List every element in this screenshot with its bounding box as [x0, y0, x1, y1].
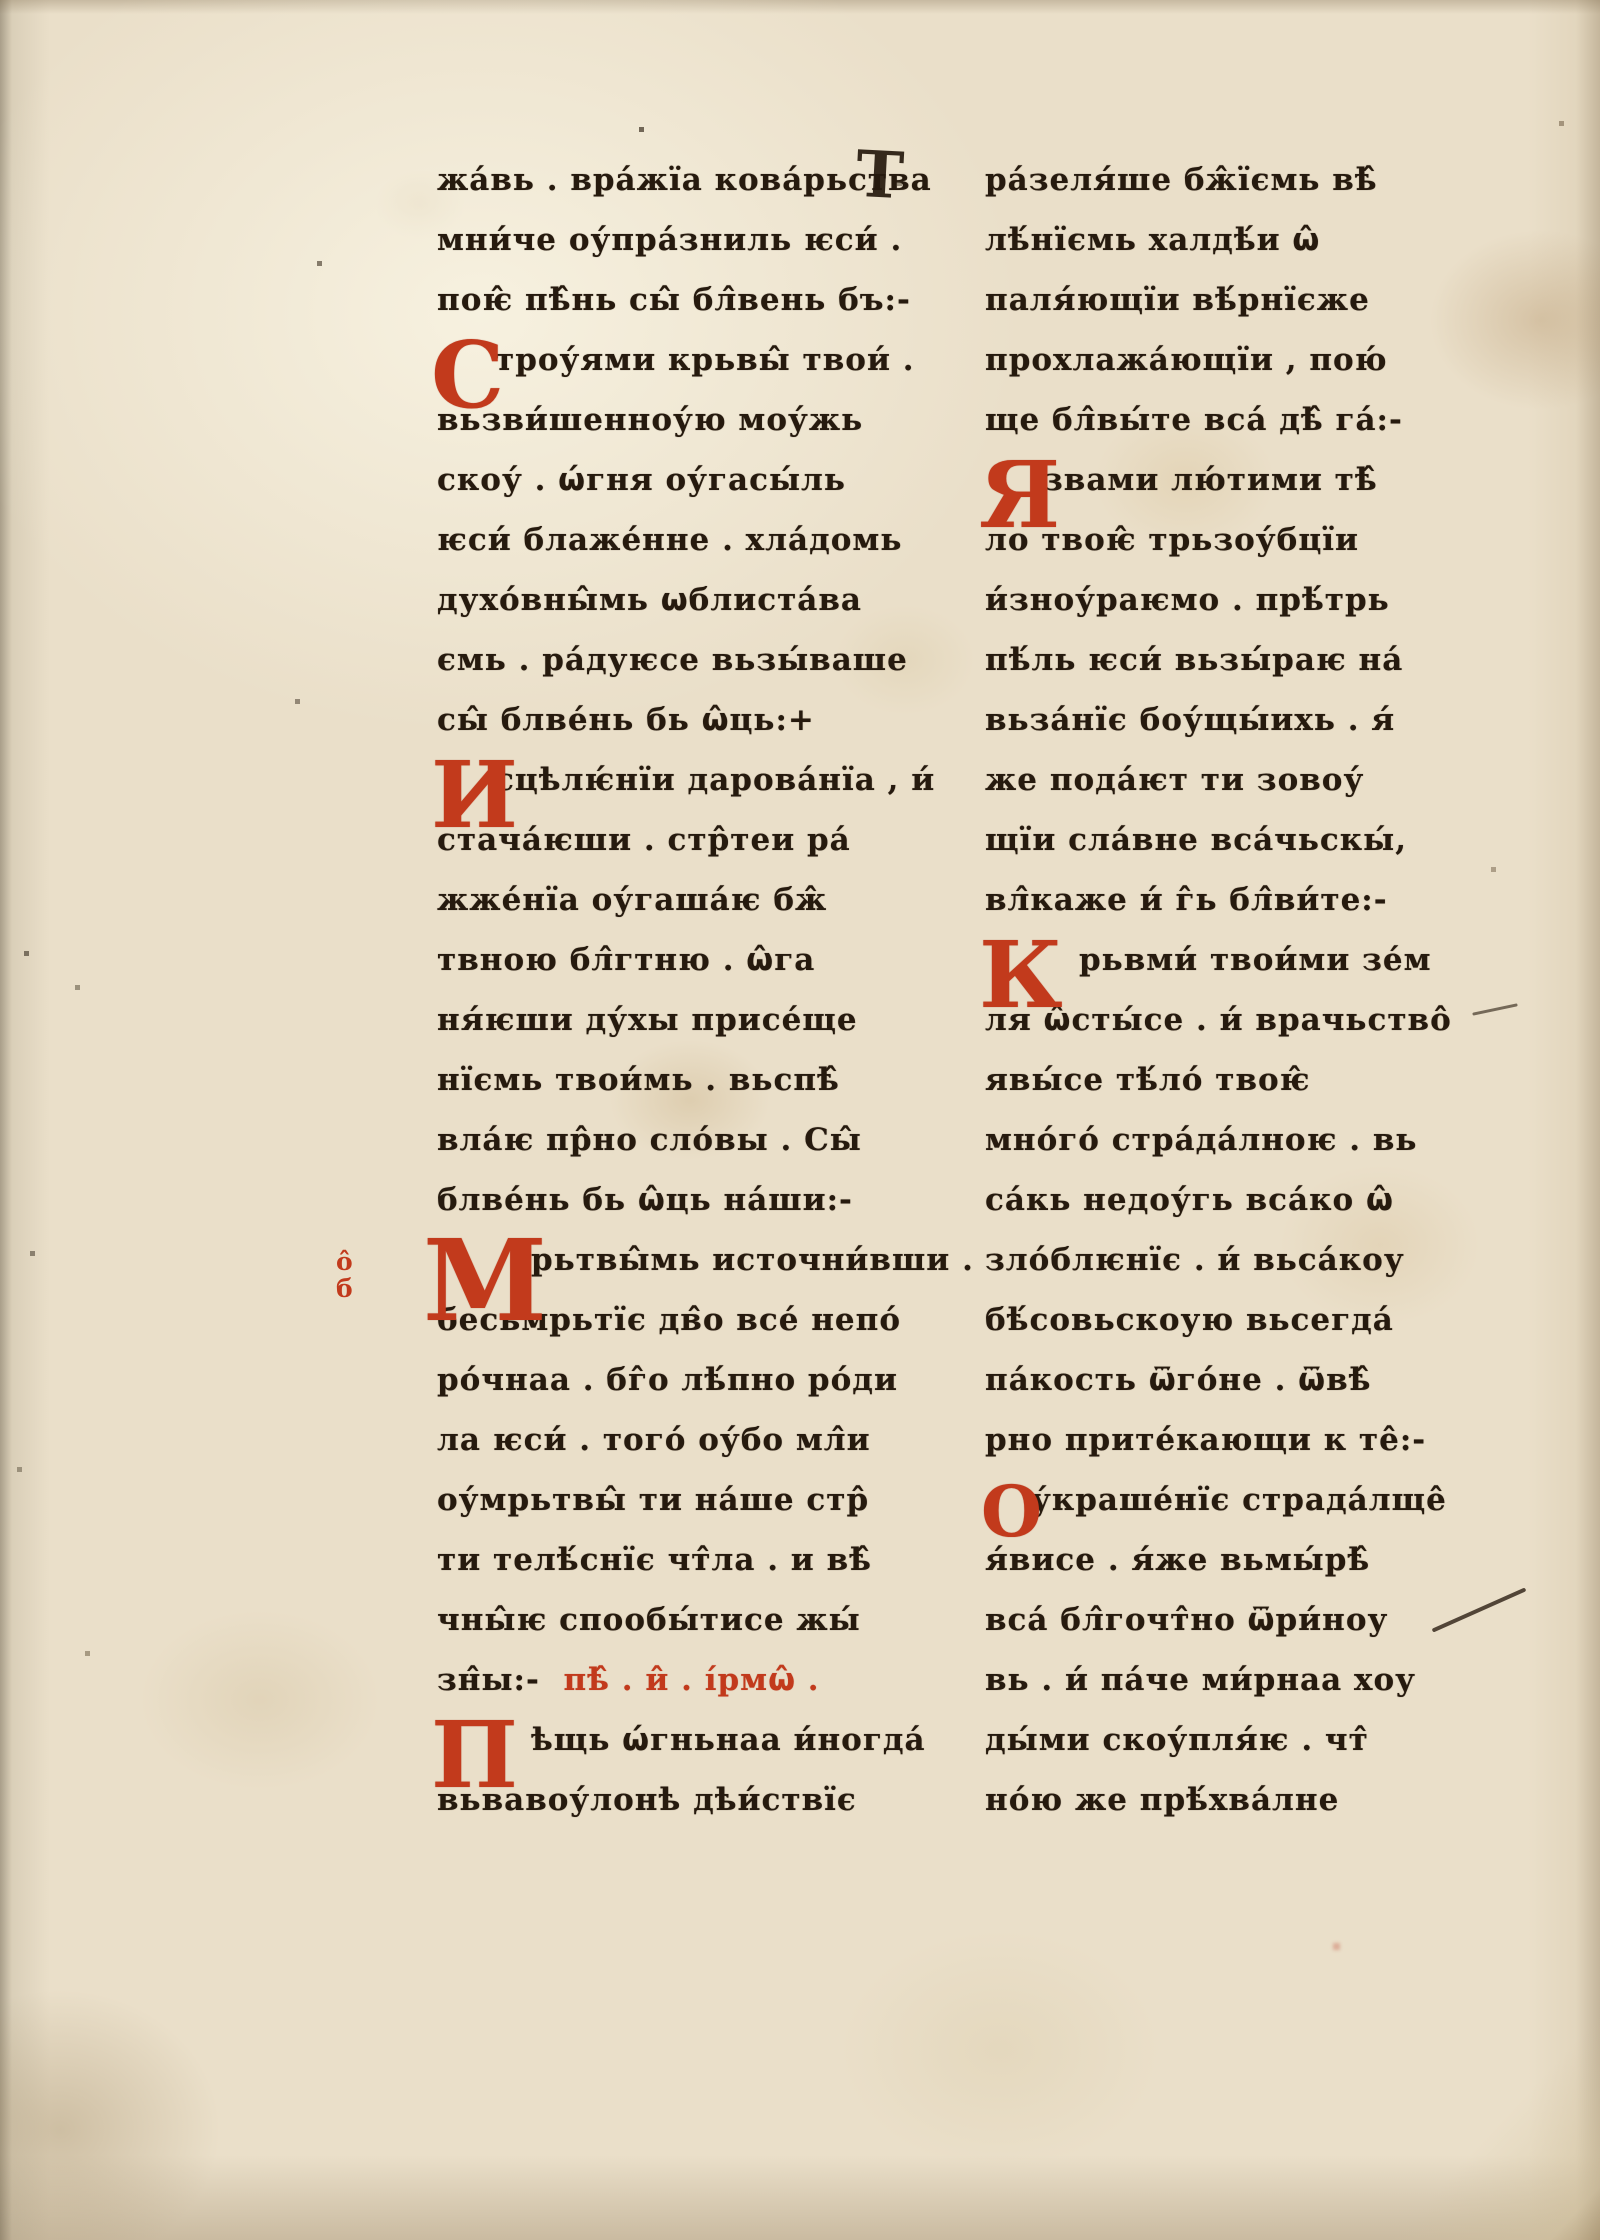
body-text: нїємь твои́мь . вьспѣ̂ — [437, 1062, 840, 1098]
pen-flourish-letter: Т — [854, 137, 905, 214]
text-line: паля́ющїи вѣ́рнїєже — [985, 270, 1490, 330]
body-text: троу́ями крьвы̂ твои́ . — [495, 342, 915, 378]
body-text: оу́мрьтвы̂ ти на́ше стр̂ — [437, 1482, 869, 1518]
drop-cap: С — [431, 334, 505, 417]
body-text: мно́го́ стра́да́лноѥ . вь — [985, 1122, 1417, 1158]
body-text: ро́чнаа . бг̂о лѣ́пно ро́ди — [437, 1362, 898, 1398]
body-text: па́кость ѿго́не . ѿвѣ̂ — [985, 1362, 1371, 1398]
body-text: вь . и́ па́че ми́рнаа хоу — [985, 1662, 1416, 1698]
text-line: Пѣщь ѡ́гньнаа и́ногда́ — [437, 1710, 907, 1770]
body-text: ти телѣ́снїє чт̂ла . и вѣ̂ — [437, 1542, 872, 1578]
text-line: я́висе . я́же вьмы́рѣ̂ — [985, 1530, 1490, 1590]
body-text: ще бл̂вы́те вса́ дѣ̂ га́:- — [985, 402, 1403, 438]
text-line: же пода́ѥт ти зовоу́ — [985, 750, 1490, 810]
text-line: явы́се тѣ́ло́ твоѥ̂ — [985, 1050, 1490, 1110]
text-line: ня́ѥши ду́хы присе́ще — [437, 990, 907, 1050]
body-text: ра́зеля́ше бж̂їємь вѣ̂ — [985, 162, 1378, 198]
body-text: бѣ́совьскоую вьсегда́ — [985, 1302, 1394, 1338]
text-line: оу́мрьтвы̂ ти на́ше стр̂ — [437, 1470, 907, 1530]
text-line: чны̂ѥ спообы́тисе жы́ — [437, 1590, 907, 1650]
body-text: блве́нь бь ѡ̂ць на́ши:- — [437, 1182, 853, 1218]
text-column-left: жа́вь . вра́жїа кова́рьствамни́че оу́пра… — [437, 150, 907, 1830]
marginal-gloss-letter: б — [336, 1275, 353, 1302]
text-line: твною бл̂гтню . ѡ̂га — [437, 930, 907, 990]
body-text: зло́блѥнїє . и́ вьса́коу — [985, 1242, 1405, 1278]
marginal-gloss: о̂ б — [336, 1248, 353, 1302]
drop-cap: О — [981, 1480, 1043, 1543]
text-line: Оу́краше́нїє страда́лще̂ — [985, 1470, 1490, 1530]
body-text: ня́ѥши ду́хы присе́ще — [437, 1002, 858, 1038]
text-line: Исцѣлѥ́нїи дарова́нїа , и́ — [437, 750, 907, 810]
text-line: жже́нїа оу́гаша́ѥ бж̂ — [437, 870, 907, 930]
text-line: ѥси́ блаже́нне . хла́домь — [437, 510, 907, 570]
text-line: Мрьтвы̂мь источни́вши . — [437, 1230, 907, 1290]
text-line: бѣ́совьскоую вьсегда́ — [985, 1290, 1490, 1350]
page-corner-fold — [1360, 1960, 1600, 2240]
drop-cap: М — [423, 1232, 548, 1333]
body-text: мни́че оу́пра́зниль ѥси́ . — [437, 222, 902, 258]
text-line: вьза́нїє боу́щы́ихь . я́ — [985, 690, 1490, 750]
manuscript-page: жа́вь . вра́жїа кова́рьствамни́че оу́пра… — [0, 0, 1600, 2240]
body-text: духо́вны̂мь ѡблиста́ва — [437, 582, 862, 618]
text-line: щїи сла́вне вса́чьскы́, — [985, 810, 1490, 870]
body-text: рьвми́ твои́ми зе́м — [1079, 942, 1432, 978]
text-line: вь . и́ па́че ми́рнаа хоу — [985, 1650, 1490, 1710]
text-line: па́кость ѿго́не . ѿвѣ̂ — [985, 1350, 1490, 1410]
text-line: лѣ́нїємь халдѣ́и ѡ̂ — [985, 210, 1490, 270]
body-text: сцѣлѥ́нїи дарова́нїа , и́ — [495, 762, 935, 798]
text-line: ти телѣ́снїє чт̂ла . и вѣ̂ — [437, 1530, 907, 1590]
marginal-gloss-letter: о̂ — [336, 1248, 353, 1275]
body-text: у́краше́нїє страда́лще̂ — [1031, 1482, 1447, 1518]
body-text: скоу́ . ѡ́гня оу́гасы́ль — [437, 462, 846, 498]
text-line: ла ѥси́ . того́ оу́бо мл̂и — [437, 1410, 907, 1470]
text-line: ро́чнаа . бг̂о лѣ́пно ро́ди — [437, 1350, 907, 1410]
body-text: сы̂ блве́нь бь ѡ̂ць:+ — [437, 702, 815, 738]
text-line: и́зноу́раѥмо . прѣ́трь — [985, 570, 1490, 630]
text-line: зло́блѥнїє . и́ вьса́коу — [985, 1230, 1490, 1290]
drop-cap: К — [979, 934, 1064, 1017]
text-line: скоу́ . ѡ́гня оу́гасы́ль — [437, 450, 907, 510]
text-line: нїємь твои́мь . вьспѣ̂ — [437, 1050, 907, 1110]
text-line: ра́зеля́ше бж̂їємь вѣ̂ — [985, 150, 1490, 210]
text-line: прохлажа́ющїи , пою́ — [985, 330, 1490, 390]
text-line: но́ю же прѣ́хва́лне — [985, 1770, 1490, 1830]
body-text: ємь . ра́дуѥсе вьзы́ваше — [437, 642, 908, 678]
body-text: зн̂ы:- — [437, 1662, 563, 1698]
body-text: поѥ̂ пѣ̂нь сы̂ бл̂вень бъ:- — [437, 282, 911, 318]
text-line: ємь . ра́дуѥсе вьзы́ваше — [437, 630, 907, 690]
rubric-text: пѣ̂ . и̂ . і́рмѡ̂ . — [563, 1662, 819, 1698]
text-line: вса́ бл̂гочт̂но ѿри́ноу — [985, 1590, 1490, 1650]
text-line: духо́вны̂мь ѡблиста́ва — [437, 570, 907, 630]
body-text: прохлажа́ющїи , пою́ — [985, 342, 1388, 378]
body-text: вьза́нїє боу́щы́ихь . я́ — [985, 702, 1395, 738]
body-text: и́зноу́раѥмо . прѣ́трь — [985, 582, 1390, 618]
body-text: лѣ́нїємь халдѣ́и ѡ̂ — [985, 222, 1320, 258]
body-text: жже́нїа оу́гаша́ѥ бж̂ — [437, 882, 827, 918]
body-text: же пода́ѥт ти зовоу́ — [985, 762, 1364, 798]
drop-cap: И — [431, 754, 519, 837]
drop-cap: Я — [979, 454, 1061, 537]
text-line: жа́вь . вра́жїа кова́рьства — [437, 150, 907, 210]
body-text: вса́ бл̂гочт̂но ѿри́ноу — [985, 1602, 1388, 1638]
text-line: рно прите́кающи к те̂:- — [985, 1410, 1490, 1470]
drop-cap: П — [431, 1714, 519, 1797]
body-text: рьтвы̂мь источни́вши . — [531, 1242, 974, 1278]
body-text: чны̂ѥ спообы́тисе жы́ — [437, 1602, 861, 1638]
body-text: ѣщь ѡ́гньнаа и́ногда́ — [531, 1722, 926, 1758]
text-line: Язвами лю́тими тѣ̂ — [985, 450, 1490, 510]
text-line: поѥ̂ пѣ̂нь сы̂ бл̂вень бъ:- — [437, 270, 907, 330]
body-text: звами лю́тими тѣ̂ — [1043, 462, 1378, 498]
body-text: са́кь недоу́гь вса́ко ѡ̂ — [985, 1182, 1394, 1218]
body-text: паля́ющїи вѣ́рнїєже — [985, 282, 1370, 318]
body-text: твною бл̂гтню . ѡ̂га — [437, 942, 815, 978]
body-text: ѥси́ блаже́нне . хла́домь — [437, 522, 902, 558]
ink-specks — [0, 0, 3, 3]
body-text: вла́ѥ пр̂но сло́вы . Сы̂ — [437, 1122, 862, 1158]
text-column-right: ра́зеля́ше бж̂їємь вѣ̂лѣ́нїємь халдѣ́и ѡ… — [985, 150, 1490, 1830]
text-line: вла́ѥ пр̂но сло́вы . Сы̂ — [437, 1110, 907, 1170]
body-text: ла ѥси́ . того́ оу́бо мл̂и — [437, 1422, 871, 1458]
text-line: са́кь недоу́гь вса́ко ѡ̂ — [985, 1170, 1490, 1230]
body-text: ды́ми скоу́пля́ѥ . чт̂ — [985, 1722, 1369, 1758]
text-line: мни́че оу́пра́зниль ѥси́ . — [437, 210, 907, 270]
body-text: рно прите́кающи к те̂:- — [985, 1422, 1426, 1458]
text-line: Строу́ями крьвы̂ твои́ . — [437, 330, 907, 390]
text-line: ды́ми скоу́пля́ѥ . чт̂ — [985, 1710, 1490, 1770]
text-line: мно́го́ стра́да́лноѥ . вь — [985, 1110, 1490, 1170]
text-line: вьзви́шенноу́ю моу́жь — [437, 390, 907, 450]
body-text: пѣ́ль ѥси́ вьзы́раѥ на́ — [985, 642, 1403, 678]
text-line: Крьвми́ твои́ми зе́м — [985, 930, 1490, 990]
body-text: вл̂каже и́ г̂ь бл̂ви́те:- — [985, 882, 1388, 918]
text-line: пѣ́ль ѥси́ вьзы́раѥ на́ — [985, 630, 1490, 690]
body-text: явы́се тѣ́ло́ твоѥ̂ — [985, 1062, 1311, 1098]
body-text: щїи сла́вне вса́чьскы́, — [985, 822, 1407, 858]
body-text: но́ю же прѣ́хва́лне — [985, 1782, 1339, 1818]
